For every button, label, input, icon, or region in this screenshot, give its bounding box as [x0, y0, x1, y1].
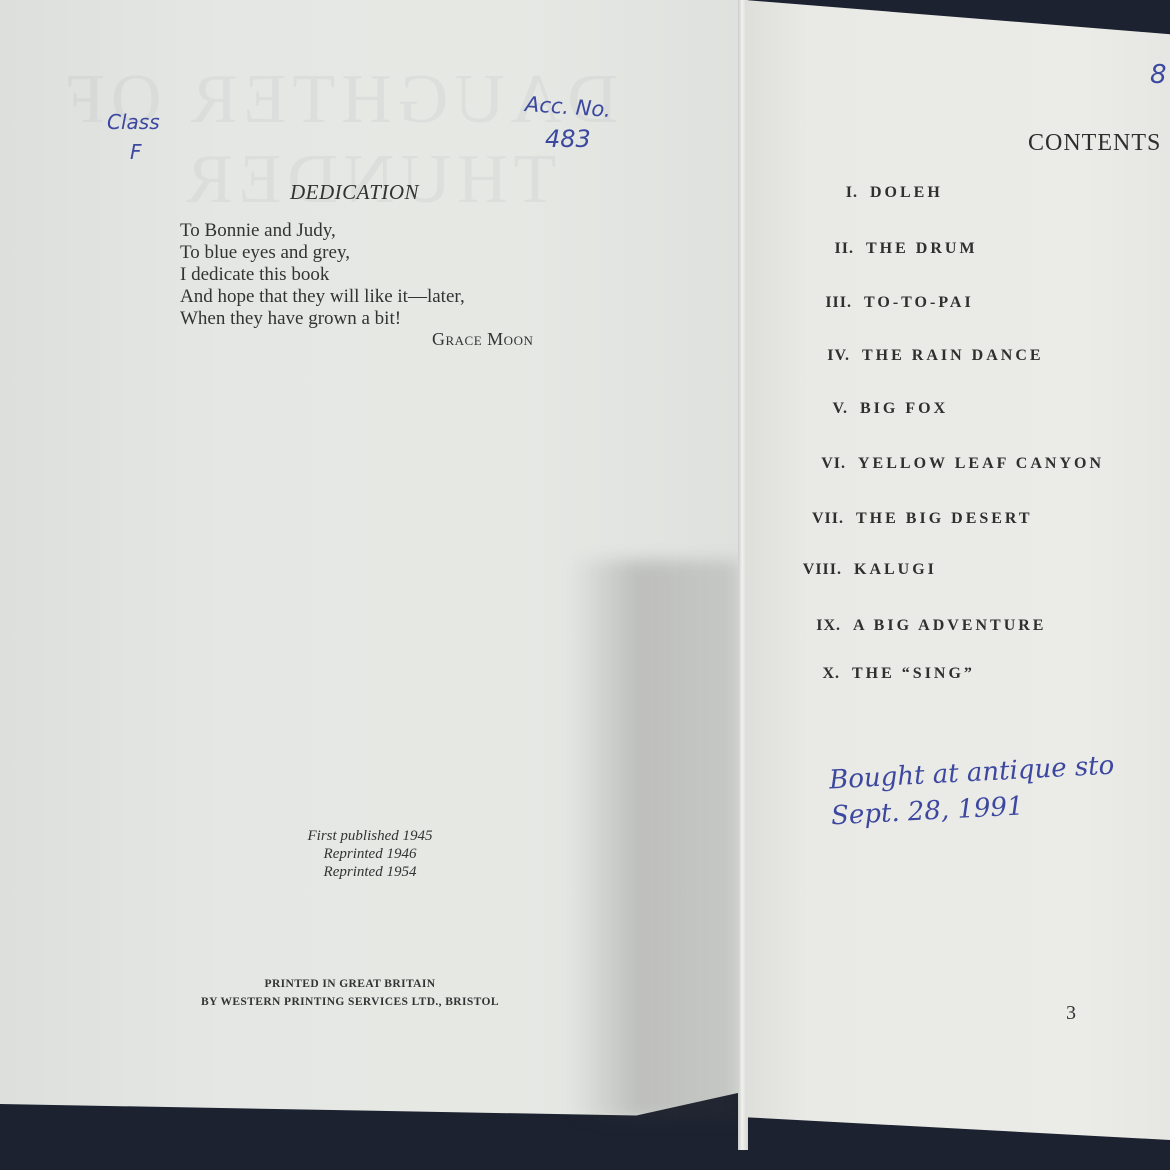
chapter-number: VIII. [768, 561, 842, 579]
dedication-line: To blue eyes and grey, [180, 242, 465, 264]
publication-line: First published 1945 [290, 827, 450, 845]
dedication-line: When they have grown a bit! [180, 308, 465, 330]
dedication-author: Grace Moon [432, 329, 533, 350]
publication-history: First published 1945 Reprinted 1946 Repr… [290, 827, 450, 881]
handwritten-acc-value: 483 [545, 125, 591, 153]
chapter-number: X. [766, 665, 840, 683]
contents-title: CONTENTS [1028, 130, 1161, 157]
toc-entry: III.TO-TO-PAI [778, 294, 974, 312]
background-corner [1070, 0, 1170, 30]
chapter-number: III. [778, 294, 852, 312]
page-number: 3 [1066, 1002, 1076, 1025]
dedication-title: DEDICATION [290, 180, 419, 205]
handwritten-class-value: F [130, 140, 142, 164]
chapter-title: TO-TO-PAI [864, 294, 974, 312]
chapter-number: II. [780, 240, 854, 258]
chapter-number: IX. [767, 617, 841, 635]
handwritten-margin-mark: 8 [1150, 60, 1167, 90]
handwritten-class-label: Class [107, 110, 160, 134]
dedication-line: To Bonnie and Judy, [180, 220, 465, 242]
printer-line: BY WESTERN PRINTING SERVICES LTD., BRIST… [140, 993, 560, 1011]
chapter-title: KALUGI [854, 561, 937, 579]
toc-entry: IV.THE RAIN DANCE [776, 347, 1044, 365]
toc-entry: II.THE DRUM [780, 240, 978, 258]
dedication-line: And hope that they will like it—later, [180, 286, 465, 308]
toc-entry: VIII.KALUGI [768, 561, 937, 579]
toc-entry: VI.YELLOW LEAF CANYON [772, 455, 1104, 473]
chapter-title: A BIG ADVENTURE [853, 617, 1046, 635]
publication-line: Reprinted 1954 [290, 863, 450, 881]
chapter-title: THE “SING” [852, 665, 975, 683]
chapter-number: VII. [770, 510, 844, 528]
chapter-title: YELLOW LEAF CANYON [858, 455, 1104, 473]
toc-entry: X.THE “SING” [766, 665, 975, 683]
publication-line: Reprinted 1946 [290, 845, 450, 863]
dedication-verse: To Bonnie and Judy, To blue eyes and gre… [180, 220, 465, 330]
chapter-title: THE BIG DESERT [856, 510, 1033, 528]
chapter-number: I. [784, 184, 858, 202]
dedication-line: I dedicate this book [180, 264, 465, 286]
chapter-title: THE RAIN DANCE [862, 347, 1044, 365]
hand-shadow [570, 560, 740, 1120]
toc-entry: IX.A BIG ADVENTURE [767, 617, 1046, 635]
printer-line: PRINTED IN GREAT BRITAIN [140, 975, 560, 993]
printer-imprint: PRINTED IN GREAT BRITAIN BY WESTERN PRIN… [140, 975, 560, 1011]
chapter-title: DOLEH [870, 184, 943, 202]
toc-entry: V.BIG FOX [774, 400, 948, 418]
handwritten-purchase-note: Bought at antique sto Sept. 28, 1991 [828, 748, 1117, 835]
chapter-number: IV. [776, 347, 850, 365]
toc-entry: I.DOLEH [784, 184, 943, 202]
chapter-title: THE DRUM [866, 240, 978, 258]
chapter-number: VI. [772, 455, 846, 473]
chapter-number: V. [774, 400, 848, 418]
chapter-title: BIG FOX [860, 400, 948, 418]
toc-entry: VII.THE BIG DESERT [770, 510, 1033, 528]
